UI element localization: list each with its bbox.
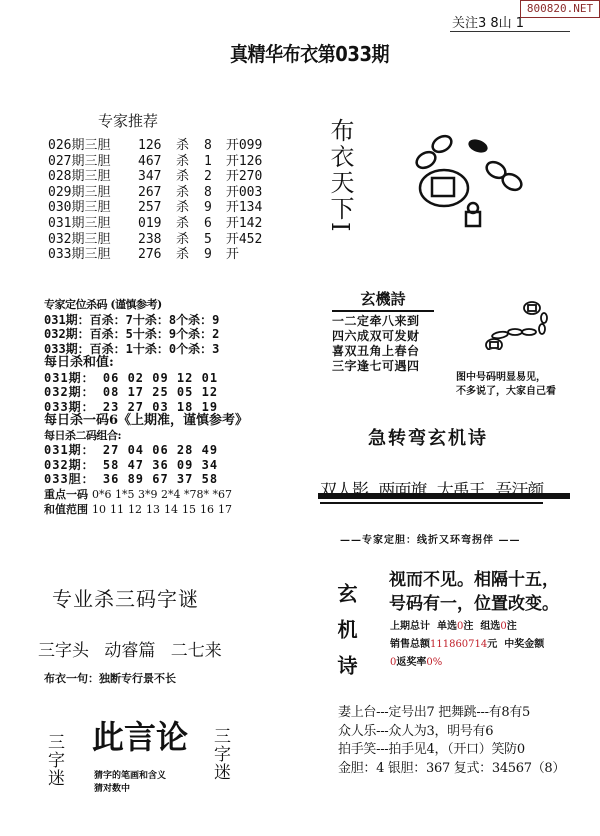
nums: 238 [138,232,176,248]
expert-dan-line: ——专家定胆：线折又环弯拐伴 —— [340,531,520,546]
xuanji-text: 视而不见。相隔十五， 号码有一，位置改变。 [389,568,559,616]
riddle-vertical-left: 三字迷 [42,733,67,787]
kill: 2 [204,169,218,185]
sales-row: 销售总额111860714元 中奖金额 [390,636,544,654]
picture-note: 图中号码明显易见， 不多说了，大家自己看 [456,371,556,399]
last-total-row: 上期总计 单选0注 组选0注 [390,618,517,636]
xuanji-line: 号码有一，位置改变。 [389,592,559,616]
sum-value: 17 [218,503,232,516]
nums: 019 [138,216,176,232]
sum-value: 13 [146,503,160,516]
expert-recommend-title: 专家推荐 [98,110,158,131]
period: 028期三胆 [48,169,138,185]
kill-stats-block: 专家定位杀码 (谨慎参考) 031期：百杀：7十杀：8个杀：9 032期：百杀：… [44,298,248,518]
daily-two-row: 031期： 27 04 06 28 49 [44,443,248,458]
poem-line: 一二定牵八来到 [332,314,434,329]
period: 030期三胆 [48,200,138,216]
open: 开134 [226,200,262,216]
sum-range-label: 和值范围 [44,503,88,516]
expert-row: 031期三胆019杀6 开142 [48,216,262,232]
kill-label: 杀 [176,200,204,216]
sales-value: 111860714 [430,639,487,650]
daily-sum-kill-title: 每日杀和值: [44,356,248,371]
sum-value: 10 [92,503,106,516]
position-kill-row: 031期：百杀：7十杀：8个杀：9 [44,313,248,328]
sum-value: 14 [164,503,178,516]
riddle-hint: 布衣一句：独断专行景不长 [44,670,176,686]
kill-label: 杀 [176,154,204,170]
period: 031期三胆 [48,216,138,232]
divider-bar [318,493,570,499]
kill-label: 杀 [176,138,204,154]
expert-row: 027期三胆467杀1 开126 [48,154,262,170]
nums: 467 [138,154,176,170]
daily-sum-row: 031期： 06 02 09 12 01 [44,371,248,386]
mystic-poem-title: 玄機詩 [332,288,434,312]
poem-line: 三字逢七可遇四 [332,359,434,374]
open: 开099 [226,138,262,154]
period: 029期三胆 [48,185,138,201]
page-title: 真精华布衣第033期 [230,38,389,67]
open: 开126 [226,154,262,170]
riddle-title: 专业杀三码字谜 [52,583,199,612]
kill-label: 杀 [176,247,204,263]
position-kill-row: 032期：百杀：5十杀：9个杀：2 [44,327,248,342]
return-label: 返奖率 [396,657,426,668]
period: 026期三胆 [48,138,138,154]
key-code-values: 0*6 1*5 3*9 2*4 *78* *67 [92,488,232,501]
site-watermark: 800820.NET [520,0,600,18]
daily-two-row: 032期： 58 47 36 09 34 [44,458,248,473]
currency: 元 [487,639,497,650]
kill: 8 [204,185,218,201]
open: 开003 [226,185,262,201]
mystic-poem-box: 玄機詩 一二定牵八来到 四六成双可发财 喜双丑角上春台 三字逢七可遇四 [332,288,434,374]
hint-line: 妻上台---定号出7 把舞跳---有8有5 [338,704,565,723]
nums: 267 [138,185,176,201]
xuanji-line: 视而不见。相隔十五， [389,568,559,592]
period: 027期三胆 [48,154,138,170]
return-row: 0返奖率0% [390,654,442,672]
key-code-row: 重点一码0*6 1*5 3*9 2*4 *78* *67 [44,487,248,503]
kill-label: 杀 [176,169,204,185]
sharp-turn-title: 急转弯玄机诗 [368,424,488,450]
kill: 9 [204,247,218,263]
nums: 276 [138,247,176,263]
kill: 8 [204,138,218,154]
sum-value: 12 [128,503,142,516]
group-label: 组选 [480,621,500,632]
period: 033期三胆 [48,247,138,263]
expert-row: 032期三胆238杀5 开452 [48,232,262,248]
hint-line: 金胆：4 银胆：367 复式：34567（8） [338,760,565,779]
period: 032期三胆 [48,232,138,248]
sum-range-row: 和值范围1011121314151617 [44,502,248,518]
picture-note-line: 不多说了，大家自己看 [456,385,556,399]
position-kill-title: 专家定位杀码 (谨慎参考) [44,298,248,313]
coin-chain-picture-small [480,300,560,350]
coin-chain-picture [408,132,528,232]
return-value: 0% [426,657,442,668]
expert-row: 033期三胆276杀9 开 [48,247,262,263]
buyi-vertical-title: 布衣天下I [326,118,354,233]
hint-line: 众人乐---众人为3，明号有6 [338,723,565,742]
daily-one-kill-title: 每日杀一码6《上期准，谨慎参考》 [44,414,248,429]
kill: 9 [204,200,218,216]
nums: 126 [138,138,176,154]
nums: 347 [138,169,176,185]
expert-recommend-list: 026期三胆126杀8 开099 027期三胆467杀1 开126 028期三胆… [48,138,262,263]
kill: 6 [204,216,218,232]
bet-unit: 注 [463,621,473,632]
daily-sum-row: 033期： 23 27 03 18 19 [44,400,248,415]
daily-two-kill-title: 每日杀二码组合: [44,429,248,444]
daily-two-row: 033胆： 36 89 67 37 58 [44,472,248,487]
kill-label: 杀 [176,185,204,201]
expert-row: 026期三胆126杀8 开099 [48,138,262,154]
position-kill-row: 033期：百杀：1十杀：0个杀：3 [44,342,248,357]
sum-value: 15 [182,503,196,516]
kill: 5 [204,232,218,248]
xuanji-vertical-title: 玄机诗 [334,583,358,691]
expert-row: 028期三胆347杀2 开270 [48,169,262,185]
sum-value: 11 [110,503,124,516]
riddle-main-text: 此言论 [92,712,188,758]
kill-label: 杀 [176,232,204,248]
open: 开452 [226,232,262,248]
daily-sum-row: 032期： 08 17 25 05 12 [44,385,248,400]
final-hints: 妻上台---定号出7 把舞跳---有8有5 众人乐---众人为3，明号有6 拍手… [338,704,565,778]
expert-row: 029期三胆267杀8 开003 [48,185,262,201]
riddle-note: 猜字的笔画和含义猜对数中 [94,770,174,796]
single-label: 单选 [437,621,457,632]
riddle-vertical-right: 三字迷 [208,727,233,781]
open: 开 [226,247,239,263]
sharp-turn-clue: 双人影 两面旗 大禹王 吾汗颜 [320,476,543,504]
kill: 1 [204,154,218,170]
nums: 257 [138,200,176,216]
open: 开270 [226,169,262,185]
picture-note-line: 图中号码明显易见， [456,371,556,385]
sales-label: 销售总额 [390,639,430,650]
bet-unit: 注 [507,621,517,632]
expert-row: 030期三胆257杀9 开134 [48,200,262,216]
open: 开142 [226,216,262,232]
key-code-label: 重点一码 [44,488,88,501]
last-total-label: 上期总计 [390,621,430,632]
prize-label: 中奖金额 [504,639,544,650]
kill-label: 杀 [176,216,204,232]
sum-value: 16 [200,503,214,516]
poem-line: 四六成双可发财 [332,329,434,344]
hint-line: 拍手笑---拍手见4，（开口）笑防0 [338,741,565,760]
poem-line: 喜双丑角上春台 [332,344,434,359]
riddle-clue: 三字头 动睿篇 二七来 [38,636,222,661]
